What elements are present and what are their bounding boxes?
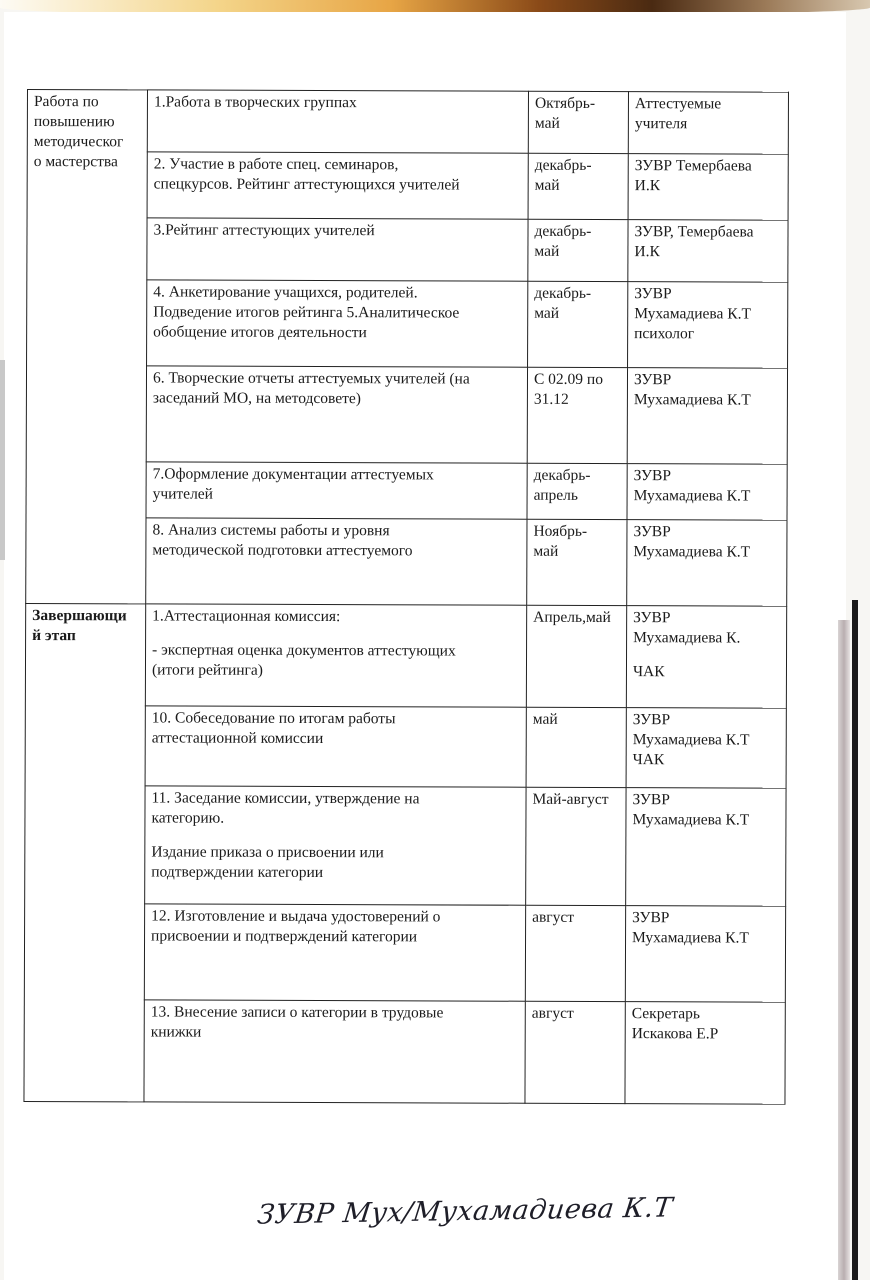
- cell-text-line: [151, 828, 519, 843]
- cell-text-line: 4. Анкетирование учащихся, родителей.: [153, 282, 521, 303]
- responsible-cell: ЗУВР, ТемербаеваИ.К: [628, 220, 788, 283]
- stage-cell: Завершающий этап: [24, 603, 146, 1101]
- page-left-edge: [0, 360, 5, 560]
- cell-text-line: ЗУВР: [632, 908, 779, 929]
- cell-text-line: май: [533, 542, 620, 562]
- cell-text-line: о мастерства: [34, 152, 141, 172]
- cell-text-line: ЗУВР: [634, 284, 781, 305]
- term-cell: август: [525, 905, 625, 1001]
- cell-text-line: Мухамадиева К.Т: [632, 928, 779, 949]
- activity-cell: 11. Заседание комиссии, утверждение нака…: [145, 786, 526, 905]
- cell-text-line: 13. Внесение записи о категории в трудов…: [151, 1002, 519, 1023]
- cell-text-line: Мухамадиева К.Т: [633, 730, 780, 751]
- cell-text-line: Апрель,май: [533, 608, 620, 628]
- cell-text-line: декабрь-: [534, 466, 621, 486]
- term-cell: Ноябрь-май: [527, 519, 627, 605]
- cell-text-line: ЧАК: [633, 750, 780, 771]
- term-cell: декабрь-май: [528, 281, 628, 367]
- cell-text-line: ЗУВР Темербаева: [635, 156, 782, 177]
- activity-cell: 13. Внесение записи о категории в трудов…: [144, 1000, 525, 1103]
- cell-text-line: Мухамадиева К.Т: [634, 304, 781, 325]
- cell-text-line: 11. Заседание комиссии, утверждение на: [151, 788, 519, 809]
- term-cell: декабрь-май: [528, 219, 628, 281]
- cell-text-line: декабрь-: [535, 156, 622, 176]
- cell-text-line: декабрь-: [534, 222, 621, 242]
- activity-cell: 10. Собеседование по итогам работыаттест…: [145, 706, 526, 787]
- cell-text-line: Аттестуемые: [635, 94, 782, 115]
- responsible-cell: ЗУВРМухамадиева К.Т: [627, 520, 787, 607]
- term-cell: декабрь-май: [528, 153, 628, 219]
- term-cell: декабрь-апрель: [527, 463, 627, 519]
- cell-text-line: май: [533, 710, 620, 730]
- activity-cell: 4. Анкетирование учащихся, родителей.Под…: [147, 280, 528, 367]
- cell-text-line: ЗУВР: [634, 466, 781, 487]
- activity-cell: 1.Работа в творческих группах: [147, 90, 528, 153]
- cell-text-line: ЗУВР: [633, 608, 780, 629]
- responsible-cell: ЗУВРМухамадиева К.Т: [626, 788, 786, 907]
- cell-text-line: подтверждении категории: [151, 862, 519, 883]
- cell-text-line: 8. Анализ системы работы и уровня: [152, 520, 520, 541]
- cell-text-line: 6. Творческие отчеты аттестуемых учителе…: [153, 368, 521, 389]
- cell-text-line: август: [532, 1004, 619, 1024]
- table-row: Работа поповышениюметодического мастерст…: [27, 90, 788, 155]
- responsible-cell: СекретарьИскакова Е.Р: [625, 1002, 785, 1105]
- activity-cell: 7.Оформление документации аттестуемыхучи…: [146, 462, 527, 519]
- cell-text-line: 10. Собеседование по итогам работы: [152, 708, 520, 729]
- cell-text-line: (итоги рейтинга): [152, 660, 520, 681]
- cell-text-line: заседаний МО, на методсовете): [153, 388, 521, 409]
- responsible-cell: ЗУВРМухамадиева К.Тпсихолог: [628, 282, 788, 369]
- cell-text-line: - экспертная оценка документов аттестующ…: [152, 640, 520, 661]
- cell-text-line: Май-август: [532, 790, 619, 810]
- responsible-cell: ЗУВРМухамадиева К.Т: [627, 464, 787, 521]
- cell-text-line: учителей: [153, 484, 521, 505]
- cell-text-line: 2. Участие в работе спец. семинаров,: [154, 154, 522, 175]
- cell-text-line: апрель: [534, 486, 621, 506]
- activity-cell: 8. Анализ системы работы и уровняметодич…: [146, 518, 527, 605]
- cell-text-line: Мухамадиева К.Т: [634, 390, 781, 411]
- responsible-cell: ЗУВРМухамадиева К.ТЧАК: [626, 708, 786, 789]
- cell-text-line: методическог: [34, 132, 141, 152]
- cell-text-line: ЗУВР: [633, 522, 780, 543]
- page-fold-shadow: [838, 620, 850, 1280]
- cell-text-line: Ноябрь-: [533, 522, 620, 542]
- cell-text-line: И.К: [635, 176, 782, 197]
- responsible-cell: ЗУВРМухамадиева К.ЧАК: [626, 606, 786, 709]
- cell-text-line: Издание приказа о присвоении или: [151, 842, 519, 863]
- cell-text-line: 1.Работа в творческих группах: [154, 92, 522, 113]
- cell-text-line: присвоении и подтверждений категории: [151, 926, 519, 947]
- cell-text-line: май: [534, 304, 621, 324]
- cell-text-line: категорию.: [151, 808, 519, 829]
- cell-text-line: [633, 648, 780, 663]
- cell-text-line: Искакова Е.Р: [632, 1024, 779, 1045]
- cell-text-line: 7.Оформление документации аттестуемых: [153, 464, 521, 485]
- cell-text-line: Завершающи: [32, 606, 139, 626]
- cell-text-line: декабрь-: [534, 284, 621, 304]
- activity-cell: 1.Аттестационная комиссия:- экспертная о…: [145, 604, 526, 707]
- cell-text-line: Работа по: [34, 92, 141, 112]
- term-cell: С 02.09 по31.12: [527, 367, 627, 463]
- activity-cell: 3.Рейтинг аттестующих учителей: [147, 218, 528, 281]
- stage-cell: Работа поповышениюметодического мастерст…: [26, 90, 148, 604]
- cell-text-line: [152, 626, 520, 641]
- cell-text-line: Подведение итогов рейтинга 5.Аналитическ…: [153, 302, 521, 323]
- cell-text-line: учителя: [635, 114, 782, 135]
- cell-text-line: Мухамадиева К.Т: [633, 542, 780, 563]
- term-cell: май: [526, 707, 626, 787]
- page-binding-edge: [852, 600, 858, 1280]
- cell-text-line: спецкурсов. Рейтинг аттестующихся учител…: [154, 174, 522, 195]
- cell-text-line: й этап: [32, 626, 139, 646]
- cell-text-line: психолог: [634, 324, 781, 345]
- activity-cell: 2. Участие в работе спец. семинаров,спец…: [147, 152, 528, 219]
- cell-text-line: повышению: [34, 112, 141, 132]
- cell-text-line: Мухамадиева К.Т: [634, 486, 781, 507]
- responsible-cell: ЗУВРМухамадиева К.Т: [625, 906, 785, 1003]
- cell-text-line: Октябрь-: [535, 94, 622, 114]
- cell-text-line: май: [535, 114, 622, 134]
- cell-text-line: обобщение итогов деятельности: [153, 322, 521, 343]
- cell-text-line: И.К: [634, 242, 781, 263]
- cell-text-line: ЗУВР: [632, 790, 779, 811]
- cell-text-line: ЗУВР, Темербаева: [634, 222, 781, 243]
- responsible-cell: Аттестуемыеучителя: [628, 92, 788, 155]
- cell-text-line: книжки: [151, 1022, 519, 1043]
- cell-text-line: Мухамадиева К.: [633, 628, 780, 649]
- cell-text-line: С 02.09 по: [534, 370, 621, 390]
- cell-text-line: 12. Изготовление и выдача удостоверений …: [151, 906, 519, 927]
- responsible-cell: ЗУВР ТемербаеваИ.К: [628, 154, 788, 221]
- term-cell: Апрель,май: [526, 605, 626, 707]
- cell-text-line: ЗУВР: [634, 370, 781, 391]
- cell-text-line: ЧАК: [633, 662, 780, 683]
- cell-text-line: методической подготовки аттестуемого: [152, 540, 520, 561]
- cell-text-line: Секретарь: [632, 1004, 779, 1025]
- table-row: Завершающий этап1.Аттестационная комисси…: [25, 603, 786, 708]
- cell-text-line: август: [532, 908, 619, 928]
- term-cell: Октябрь-май: [528, 91, 628, 153]
- term-cell: август: [525, 1001, 625, 1103]
- activity-cell: 6. Творческие отчеты аттестуемых учителе…: [146, 366, 527, 463]
- cell-text-line: аттестационной комиссии: [152, 728, 520, 749]
- cell-text-line: 3.Рейтинг аттестующих учителей: [153, 220, 521, 241]
- cell-text-line: май: [535, 176, 622, 196]
- cell-text-line: 1.Аттестационная комиссия:: [152, 606, 520, 627]
- cell-text-line: Мухамадиева К.Т: [632, 810, 779, 831]
- responsible-cell: ЗУВРМухамадиева К.Т: [627, 368, 787, 465]
- cell-text-line: 31.12: [534, 390, 621, 410]
- activity-cell: 12. Изготовление и выдача удостоверений …: [144, 904, 525, 1001]
- term-cell: Май-август: [526, 787, 626, 905]
- attestation-plan-table: Работа поповышениюметодического мастерст…: [23, 89, 789, 1105]
- cell-text-line: май: [534, 242, 621, 262]
- cell-text-line: ЗУВР: [633, 710, 780, 731]
